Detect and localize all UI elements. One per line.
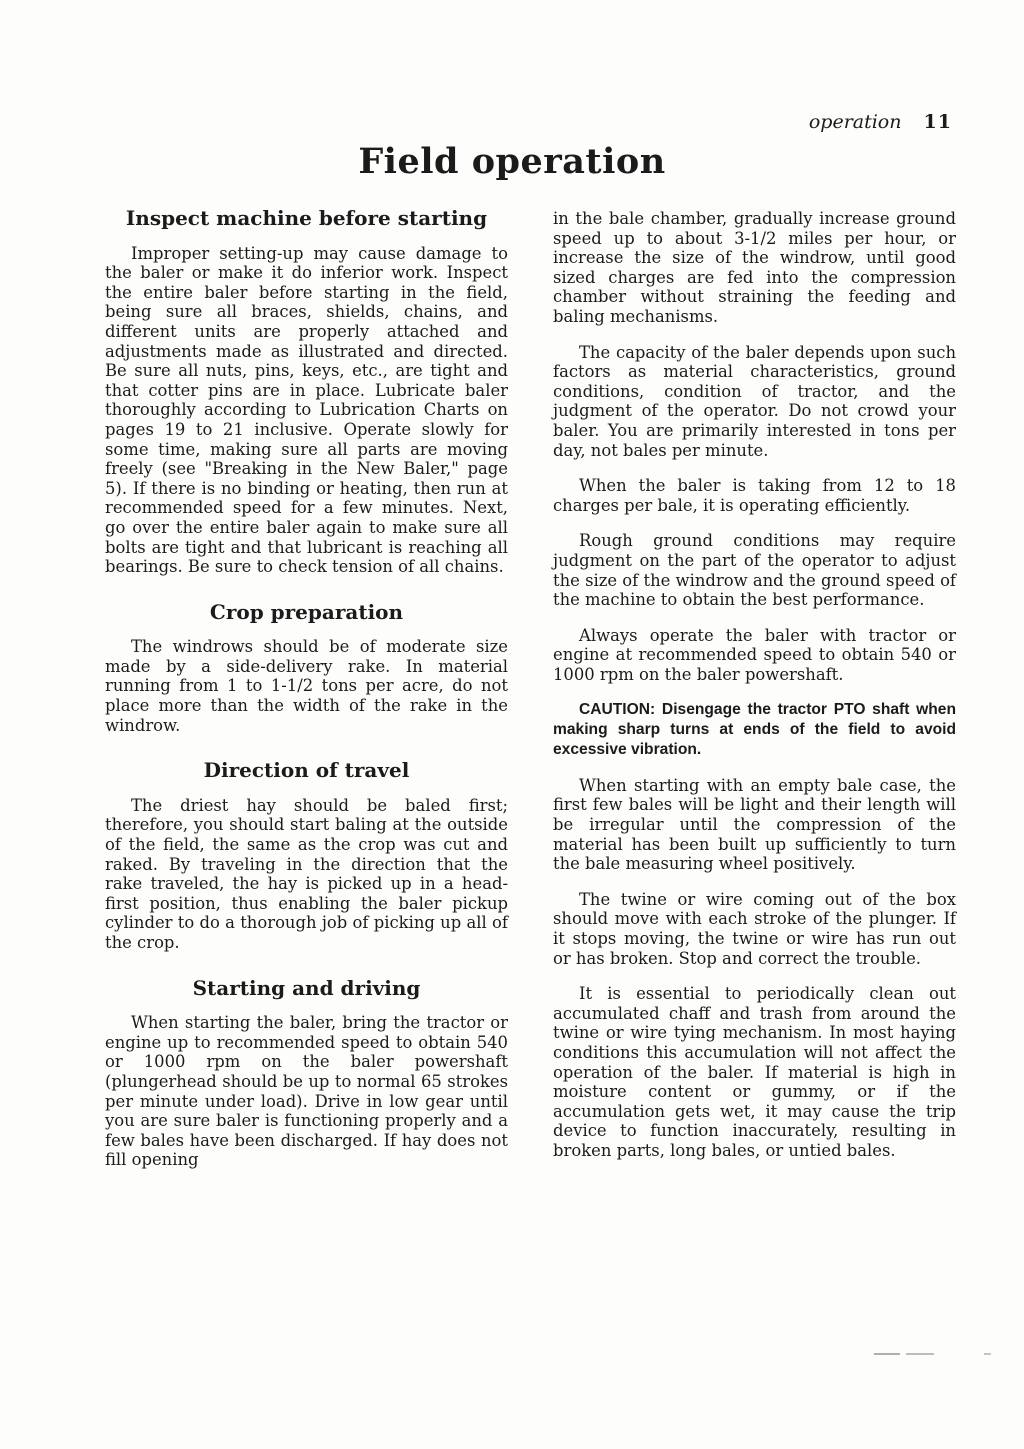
paragraph-starting-and-driving: When starting the baler, bring the tract… [105, 1013, 508, 1170]
running-header-section-label: operation [809, 111, 902, 133]
paragraph-crop-preparation: The windrows should be of moderate size … [105, 637, 508, 735]
paragraph-direction-of-travel: The driest hay should be baled first; th… [105, 796, 508, 953]
paragraph-empty-bale-case: When starting with an empty bale case, t… [553, 776, 956, 874]
two-column-layout: Inspect machine before starting Improper… [105, 209, 956, 1186]
page-title: Field operation [0, 141, 1024, 182]
heading-inspect-machine-before-starting: Inspect machine before starting [105, 209, 508, 229]
heading-crop-preparation: Crop preparation [105, 603, 508, 623]
left-column: Inspect machine before starting Improper… [105, 209, 508, 1186]
paragraph-clean-out-chaff: It is essential to periodically clean ou… [553, 984, 956, 1160]
paragraph-rough-ground: Rough ground conditions may require judg… [553, 531, 956, 609]
heading-starting-and-driving: Starting and driving [105, 979, 508, 999]
paragraph-bale-chamber-continuation: in the bale chamber, gradually increase … [553, 209, 956, 327]
scan-artifact-dash [874, 1353, 900, 1355]
scan-artifact-dash [906, 1353, 934, 1355]
right-column: in the bale chamber, gradually increase … [553, 209, 956, 1186]
document-page: operation 11 Field operation Inspect mac… [0, 0, 1024, 1449]
paragraph-twine-or-wire: The twine or wire coming out of the box … [553, 890, 956, 968]
paragraph-baler-capacity: The capacity of the baler depends upon s… [553, 343, 956, 461]
paragraph-recommended-speed: Always operate the baler with tractor or… [553, 626, 956, 685]
caution-note: CAUTION: Disengage the tractor PTO shaft… [553, 700, 956, 759]
heading-direction-of-travel: Direction of travel [105, 761, 508, 781]
running-header-page-number: 11 [924, 111, 952, 133]
paragraph-charges-per-bale: When the baler is taking from 12 to 18 c… [553, 476, 956, 515]
paragraph-inspect-machine: Improper setting-up may cause damage to … [105, 244, 508, 577]
scan-artifact-speck [984, 1353, 991, 1355]
running-header: operation 11 [809, 111, 952, 133]
